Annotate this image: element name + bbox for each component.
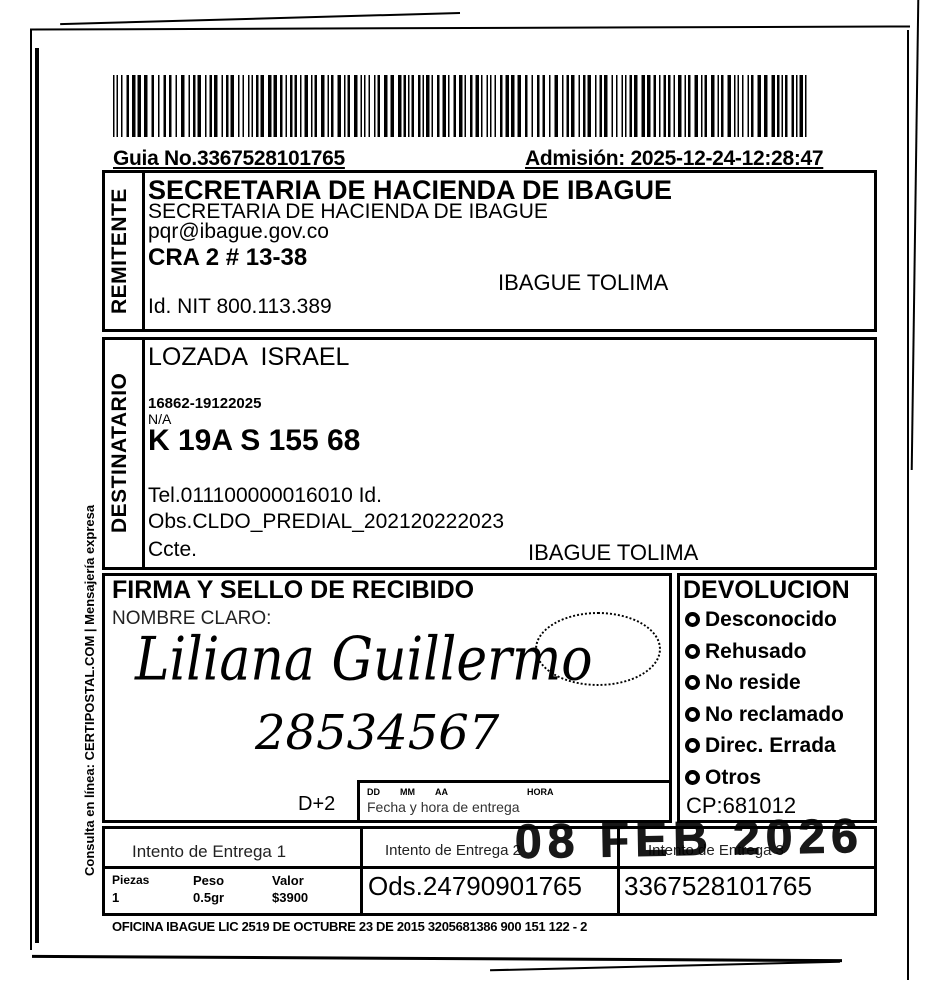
intento-entrega-2: Intento de Entrega 2: [385, 842, 521, 859]
devolucion-title: DEVOLUCION: [683, 576, 850, 605]
scan-edge-left-inner: [35, 48, 39, 943]
piezas-value: 1: [112, 890, 119, 905]
scan-edge-right: [907, 30, 909, 980]
option-label: Desconocido: [705, 608, 837, 631]
remitente-name: SECRETARIA DE HACIENDA DE IBAGUE: [148, 201, 548, 222]
bottom-table-vline-1: [360, 826, 363, 916]
handwritten-signature-name: Liliana Guillermo: [135, 626, 593, 695]
scan-edge-left: [30, 30, 32, 950]
option-label: Rehusado: [705, 640, 807, 663]
devolucion-option-direc-errada[interactable]: Direc. Errada: [685, 730, 844, 762]
destinatario-address: K 19A S 155 68: [148, 424, 360, 458]
peso-label: Peso: [193, 873, 224, 888]
option-label: No reside: [705, 671, 801, 694]
radio-icon[interactable]: [685, 738, 700, 753]
footer-oficina: OFICINA IBAGUE LIC 2519 DE OCTUBRE 23 DE…: [112, 919, 587, 934]
devolucion-option-desconocido[interactable]: Desconocido: [685, 604, 844, 636]
devolucion-option-no-reclamado[interactable]: No reclamado: [685, 699, 844, 731]
d-plus-label: D+2: [298, 793, 335, 816]
remitente-city: IBAGUE TOLIMA: [498, 270, 668, 296]
signature-loop: [535, 612, 661, 686]
option-label: Otros: [705, 766, 761, 789]
side-consulta-text: Consulta en línea: CERTIPOSTAL.COM | Men…: [82, 470, 97, 910]
destinatario-tel: Tel.011100000016010 Id.: [148, 484, 382, 508]
remitente-label: REMITENTE: [108, 175, 132, 327]
destinatario-divider: [142, 339, 145, 568]
date-col-dd: DD: [367, 787, 380, 797]
radio-icon[interactable]: [685, 770, 700, 785]
option-label: No reclamado: [705, 703, 844, 726]
date-col-aa: AA: [435, 787, 448, 797]
destinatario-obs: Obs.CLDO_PREDIAL_202120222023: [148, 510, 504, 534]
remitente-nit: Id. NIT 800.113.389: [148, 295, 332, 319]
date-col-hora: HORA: [527, 787, 554, 797]
radio-icon[interactable]: [685, 612, 700, 627]
guia-number: Guia No.3367528101765: [113, 147, 345, 171]
destinatario-ccte: Ccte.: [148, 538, 197, 562]
remitente-address: CRA 2 # 13-38: [148, 244, 307, 272]
devolucion-option-otros[interactable]: Otros: [685, 762, 844, 794]
radio-icon[interactable]: [685, 707, 700, 722]
scan-edge-bottom-fold: [490, 961, 840, 972]
intento-entrega-1: Intento de Entrega 1: [132, 842, 286, 862]
ods-number: Ods.24790901765: [368, 871, 582, 902]
date-col-mm: MM: [400, 787, 415, 797]
piezas-label: Piezas: [112, 873, 149, 887]
scan-edge-bottom: [32, 955, 842, 962]
destinatario-city: IBAGUE TOLIMA: [528, 540, 698, 566]
peso-value: 0.5gr: [193, 890, 224, 905]
devolucion-option-rehusado[interactable]: Rehusado: [685, 636, 844, 668]
radio-icon[interactable]: [685, 675, 700, 690]
bottom-table-hline: [102, 866, 877, 869]
remitente-divider: [142, 172, 145, 330]
handwritten-signature-id: 28534567: [255, 705, 499, 761]
admision-date: Admisión: 2025-12-24-12:28:47: [525, 147, 823, 171]
valor-label: Valor: [272, 873, 304, 888]
date-stamp: 08 FEB 2026: [515, 809, 865, 870]
barcode: [113, 75, 813, 137]
destinatario-ref: 16862-19122025: [148, 395, 261, 412]
firma-title: FIRMA Y SELLO DE RECIBIDO: [112, 576, 474, 605]
remitente-email: pqr@ibague.gov.co: [148, 221, 329, 242]
destinatario-name: LOZADA ISRAEL: [148, 343, 349, 372]
radio-icon[interactable]: [685, 644, 700, 659]
devolucion-option-no-reside[interactable]: No reside: [685, 667, 844, 699]
devolucion-options: Desconocido Rehusado No reside No reclam…: [685, 604, 844, 793]
scan-edge-right-outer: [911, 0, 920, 470]
scan-edge-top: [30, 25, 910, 30]
guia-number-bottom: 3367528101765: [624, 871, 812, 902]
valor-value: $3900: [272, 890, 308, 905]
fecha-entrega-label: Fecha y hora de entrega: [367, 799, 520, 815]
destinatario-label: DESTINATARIO: [108, 345, 132, 560]
option-label: Direc. Errada: [705, 734, 836, 757]
scan-edge-top-fold: [60, 12, 460, 25]
